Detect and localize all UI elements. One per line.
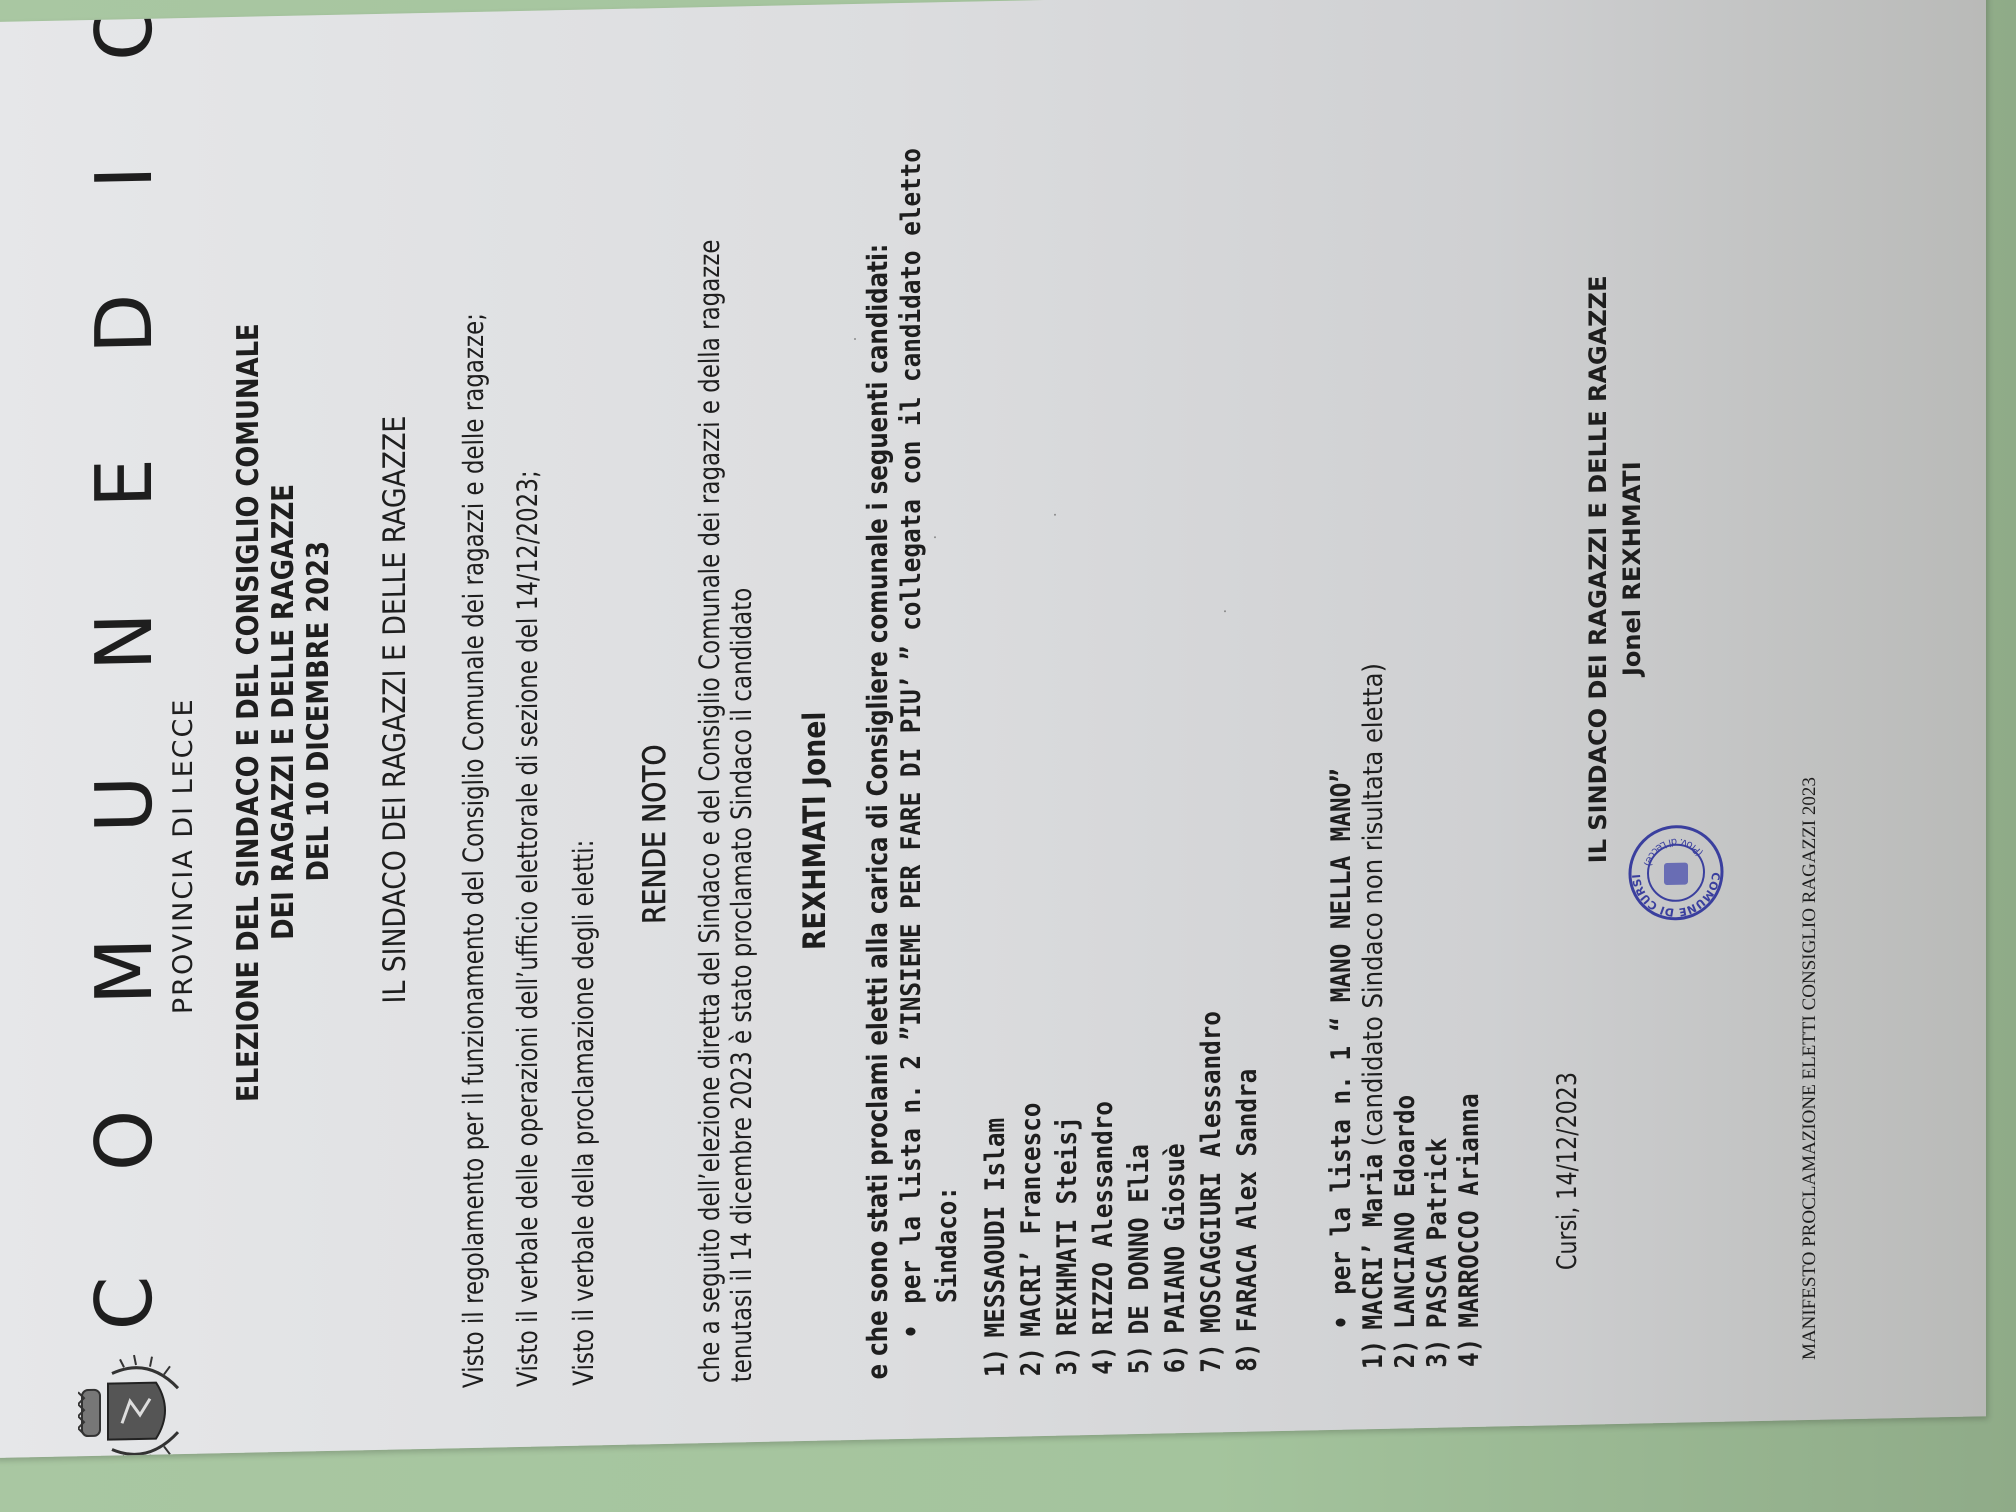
- list-item-name: MARROCCO Arianna: [1454, 1093, 1485, 1328]
- list-item-name: PASCA Patrick: [1422, 1138, 1453, 1329]
- signature-name: Jonel REXHMATI: [1620, 461, 1644, 676]
- official-stamp-icon: COMUNE DI CURSI (Prov. di Lecce): [1626, 822, 1726, 924]
- list-item-number: 3): [1054, 1336, 1081, 1376]
- province-label: PROVINCIA DI LECCE: [170, 697, 197, 1014]
- list-item: 1)MACRI’ Maria (candidato Sindaco non ri…: [1360, 663, 1387, 1370]
- list-item: 2)MACRI’ Francesco: [1018, 1102, 1045, 1376]
- list-item-name: MACRI’ Maria: [1358, 1154, 1389, 1330]
- list-item-number: 2): [1018, 1336, 1045, 1376]
- list-item-name: PAIANO Giosuè: [1160, 1143, 1191, 1334]
- list-item: 2)LANCIANO Edoardo: [1392, 1094, 1419, 1368]
- document-page: C O M U N E D I C U R S I PROVINCIA DI L…: [0, 0, 1986, 1458]
- list-item-number: 8): [1234, 1332, 1261, 1372]
- list-1-header: per la lista n. 1 “ MANO NELLA MANO”: [1328, 768, 1355, 1295]
- stamp-text-bottom: (Prov. di Lecce): [1642, 835, 1706, 868]
- list-item-number: 2): [1392, 1329, 1419, 1369]
- list-item-name: MESSAOUDI Islam: [980, 1118, 1011, 1338]
- list-item: 5)DE DONNO Elia: [1126, 1144, 1153, 1374]
- list-item: 7)MOSCAGGIURI Alessandro: [1198, 1011, 1225, 1373]
- municipality-title: C O M U N E D I C U R S I: [86, 0, 164, 1331]
- list-item: 8)FARACA Alex Sandra: [1234, 1069, 1261, 1373]
- list-item-name: MACRI’ Francesco: [1016, 1102, 1047, 1337]
- svg-text:(Prov. di Lecce): (Prov. di Lecce): [1642, 835, 1706, 868]
- list-item-number: 1): [982, 1337, 1009, 1377]
- municipal-crest-icon: [78, 1334, 188, 1458]
- paper-sheet: C O M U N E D I C U R S I PROVINCIA DI L…: [0, 0, 1986, 1458]
- election-title-line-2: DEI RAGAZZI E DELLE RAGAZZE: [269, 484, 299, 940]
- list-2-header: per la lista n. 2 ”INSIEME PER FARE DI P…: [898, 148, 925, 1304]
- signature-title: IL SINDACO DEI RAGAZZI E DELLE RAGAZZE: [1586, 275, 1610, 863]
- list-2-bullet: •: [898, 1324, 926, 1339]
- list-item-name: DE DONNO Elia: [1124, 1144, 1155, 1335]
- list-item-number: 1): [1360, 1329, 1387, 1369]
- issuer-heading: IL SINDACO DEI RAGAZZI E DELLE RAGAZZE: [380, 415, 411, 1003]
- document-footer: MANIFESTO PROCLAMAZIONE ELETTI CONSIGLIO…: [1800, 777, 1819, 1360]
- rende-noto-heading: RENDE NOTO: [640, 744, 671, 924]
- proclamation-line-2: tenutasi il 14 dicembre 2023 è stato pro…: [728, 587, 756, 1382]
- election-title-line-1: ELEZIONE DEL SINDACO E DEL CONSIGLIO COM…: [234, 323, 264, 1102]
- list-item-number: 5): [1126, 1334, 1153, 1374]
- list-item-number: 4): [1090, 1335, 1117, 1375]
- councillors-intro: e che sono stati proclami eletti alla ca…: [864, 244, 892, 1380]
- list-item-number: 3): [1424, 1328, 1451, 1368]
- list-1-bullet: •: [1328, 1315, 1356, 1330]
- list-item-name: RIZZO Alessandro: [1088, 1101, 1119, 1336]
- election-title-line-3: DEL 10 DICEMBRE 2023: [304, 541, 334, 882]
- list-item: 3)PASCA Patrick: [1424, 1138, 1451, 1368]
- proclamation-line-1: che a seguito dell’elezione diretta del …: [696, 239, 724, 1383]
- place-date: Cursi, 14/12/2023: [1554, 1072, 1581, 1271]
- premise-3: Visto il verbale della proclamazione deg…: [570, 839, 598, 1386]
- list-item-number: 4): [1456, 1327, 1483, 1367]
- list-item-note: (candidato Sindaco non risultata eletta): [1358, 663, 1389, 1147]
- list-item-number: 7): [1198, 1333, 1225, 1373]
- list-item-number: 6): [1162, 1333, 1189, 1373]
- list-2-header-cont: Sindaco:: [934, 1186, 961, 1304]
- list-item-name: MOSCAGGIURI Alessandro: [1196, 1011, 1227, 1334]
- list-item: 4)RIZZO Alessandro: [1090, 1101, 1117, 1375]
- elected-mayor-name: REXHMATI Jonel: [800, 711, 831, 950]
- list-item: 6)PAIANO Giosuè: [1162, 1143, 1189, 1373]
- premise-1: Visto il regolamento per il funzionament…: [460, 313, 488, 1388]
- list-item-name: FARACA Alex Sandra: [1232, 1068, 1263, 1332]
- premise-2: Visto il verbale delle operazioni dell’u…: [514, 470, 542, 1387]
- list-item: 4)MARROCCO Arianna: [1456, 1093, 1483, 1367]
- list-item: 3)REXHMATI Steisj: [1054, 1116, 1081, 1376]
- list-item: 1)MESSAOUDI Islam: [982, 1118, 1009, 1378]
- list-item-name: REXHMATI Steisj: [1052, 1116, 1083, 1336]
- list-item-name: LANCIANO Edoardo: [1390, 1094, 1421, 1329]
